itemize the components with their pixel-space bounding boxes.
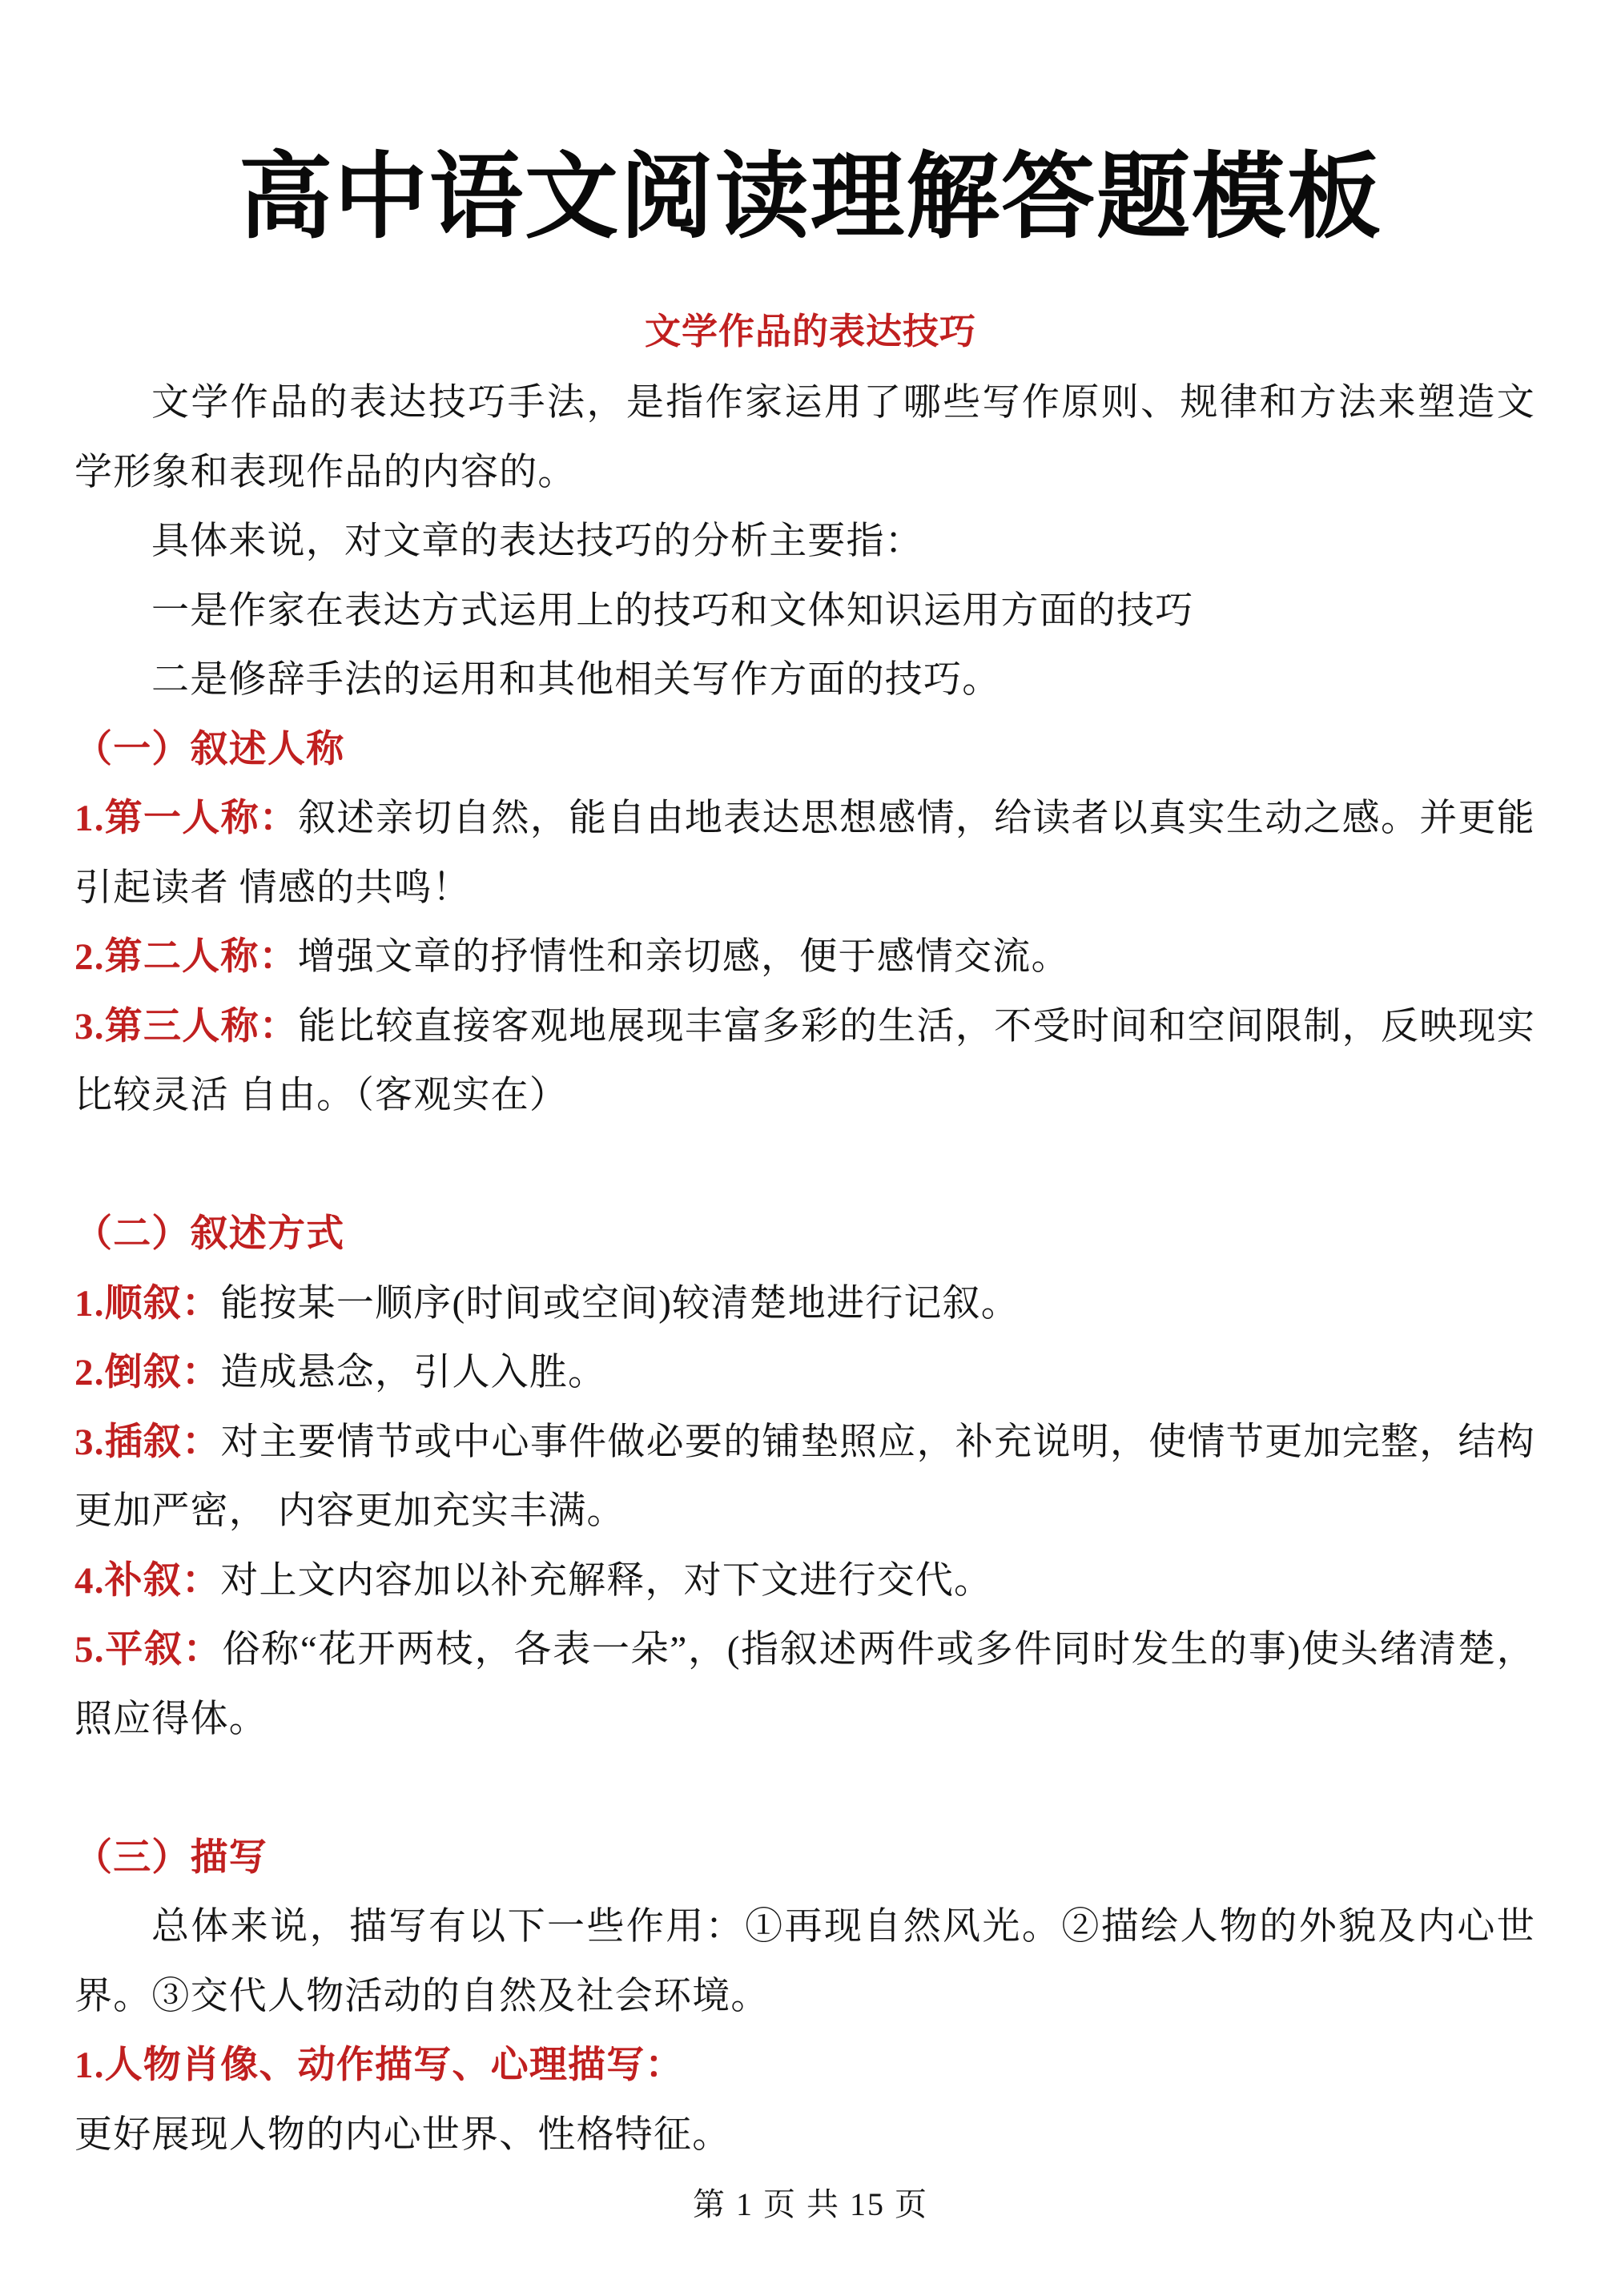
text-run: 二是修辞手法的运用和其他相关写作方面的技巧。 xyxy=(151,659,1000,701)
paragraph: 3.第三人称：能比较直接客观地展现丰富多彩的生活，不受时间和空间限制，反映现实比… xyxy=(74,992,1535,1131)
text-run: 一是作家在表达方式运用上的技巧和文体知识运用方面的技巧 xyxy=(151,590,1193,632)
red-label: 2.倒叙： xyxy=(74,1352,220,1393)
red-label: 4.补叙： xyxy=(74,1560,220,1602)
text-run: 对主要情节或中心事件做必要的铺垫照应，补充说明，使情节更加完整，结构更加严密， … xyxy=(74,1421,1535,1533)
page-title: 高中语文阅读理解答题模板 xyxy=(0,0,1621,263)
blank-line xyxy=(74,1754,1535,1824)
paragraph: 一是作家在表达方式运用上的技巧和文体知识运用方面的技巧 xyxy=(74,577,1535,646)
red-label: 3.第三人称： xyxy=(74,1006,298,1047)
red-label: 1.第一人称： xyxy=(74,798,298,839)
paragraph: 2.倒叙：造成悬念，引人入胜。 xyxy=(74,1338,1535,1408)
paragraph: 1.顺叙：能按某一顺序(时间或空间)较清楚地进行记叙。 xyxy=(74,1269,1535,1339)
text-run: 总体来说，描写有以下一些作用：①再现自然风光。②描绘人物的外貌及内心世界。③交代… xyxy=(74,1906,1535,2017)
text-run: 更好展现人物的内心世界、性格特征。 xyxy=(74,2114,730,2156)
red-label: 3.插叙： xyxy=(74,1421,221,1463)
section-heading: 1.人物肖像、动作描写、心理描写： xyxy=(74,2031,1535,2101)
text-run: 具体来说，对文章的表达技巧的分析主要指： xyxy=(151,521,923,562)
red-label: 2.第二人称： xyxy=(74,936,298,978)
red-label: 1.顺叙： xyxy=(74,1283,220,1325)
section-heading: （二）叙述方式 xyxy=(74,1200,1535,1269)
red-label: 5.平叙： xyxy=(74,1629,222,1671)
section-heading: （三）描写 xyxy=(74,1824,1535,1893)
text-run: 造成悬念，引人入胜。 xyxy=(220,1352,606,1393)
paragraph: 4.补叙：对上文内容加以补充解释，对下文进行交代。 xyxy=(74,1546,1535,1616)
document-body: 文学作品的表达技巧手法，是指作家运用了哪些写作原则、规律和方法来塑造文学形象和表… xyxy=(0,356,1621,2169)
paragraph: 文学作品的表达技巧手法，是指作家运用了哪些写作原则、规律和方法来塑造文学形象和表… xyxy=(74,368,1535,507)
document-page: 高中语文阅读理解答题模板 文学作品的表达技巧 文学作品的表达技巧手法，是指作家运… xyxy=(0,0,1621,2296)
paragraph: 更好展现人物的内心世界、性格特征。 xyxy=(74,2101,1535,2170)
text-run: 对上文内容加以补充解释，对下文进行交代。 xyxy=(220,1560,992,1602)
paragraph: 1.第一人称：叙述亲切自然，能自由地表达思想感情，给读者以真实生动之感。并更能引… xyxy=(74,784,1535,923)
paragraph: 总体来说，描写有以下一些作用：①再现自然风光。②描绘人物的外貌及内心世界。③交代… xyxy=(74,1892,1535,2031)
paragraph: 3.插叙：对主要情节或中心事件做必要的铺垫照应，补充说明，使情节更加完整，结构更… xyxy=(74,1408,1535,1546)
blank-line xyxy=(74,1131,1535,1200)
section-subtitle: 文学作品的表达技巧 xyxy=(0,308,1621,356)
paragraph: 5.平叙：俗称“花开两枝，各表一朵”，(指叙述两件或多件同时发生的事)使头绪清楚… xyxy=(74,1615,1535,1754)
text-run: 能按某一顺序(时间或空间)较清楚地进行记叙。 xyxy=(220,1283,1020,1325)
section-heading: （一）叙述人称 xyxy=(74,715,1535,785)
text-run: 俗称“花开两枝，各表一朵”，(指叙述两件或多件同时发生的事)使头绪清楚，照应得体… xyxy=(74,1629,1535,1740)
paragraph: 二是修辞手法的运用和其他相关写作方面的技巧。 xyxy=(74,645,1535,715)
page-footer: 第 1 页 共 15 页 xyxy=(0,2170,1621,2239)
text-run: 文学作品的表达技巧手法，是指作家运用了哪些写作原则、规律和方法来塑造文学形象和表… xyxy=(74,382,1535,493)
paragraph: 具体来说，对文章的表达技巧的分析主要指： xyxy=(74,507,1535,577)
text-run: 增强文章的抒情性和亲切感，便于感情交流。 xyxy=(298,936,1070,978)
paragraph: 2.第二人称：增强文章的抒情性和亲切感，便于感情交流。 xyxy=(74,923,1535,992)
